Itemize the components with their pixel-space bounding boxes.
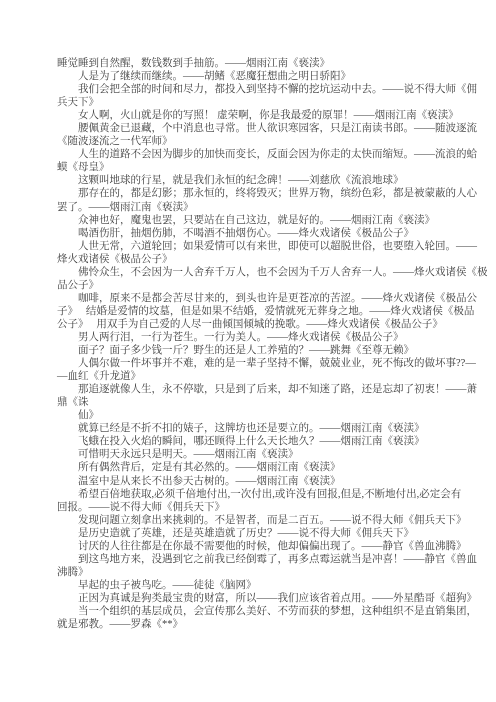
text-line: 喝酒伤肝，抽烟伤肺，不喝酒不抽烟伤心。——烽火戏诸侯《极品公子》 bbox=[57, 227, 443, 240]
text-line: 睡觉睡到自然醒，数钱数到手抽筋。——烟雨江南《亵渎》 bbox=[57, 57, 443, 70]
text-line: —血红《升龙道》 bbox=[57, 370, 443, 383]
text-line: 鼎《诛 bbox=[57, 396, 443, 409]
text-line: 人是为了继续而继续。——胡鳍《恶魔狂想曲之明日骄阳》 bbox=[57, 70, 443, 83]
text-line: 女人啊，火山就是你的写照！ 虚荣啊，你是我最爱的原罪！——烟雨江南《亵渎》 bbox=[57, 109, 443, 122]
text-line: 咖啡，原来不是都会苦尽甘来的，到头也许是更苍凉的苦涩。——烽火戏诸侯《极品公 bbox=[57, 292, 443, 305]
text-line: 所有偶然背后，定是有其必然的。——烟雨江南《亵渎》 bbox=[57, 461, 443, 474]
text-line: 仙》 bbox=[57, 409, 443, 422]
text-line: 发现问题立刻拿出来挑刺的。不是智者，而是二百五。——说不得大师《佣兵天下》 bbox=[57, 514, 443, 527]
text-line: 正因为真诚是狗类最宝贵的财富，所以——我们应该省着点用。——外星酷哥《超狗》 bbox=[57, 592, 443, 605]
text-line: 佛怜众生，不会因为一人舍弃千万人，也不会因为千万人舍弃一人。——烽火戏诸侯《极 bbox=[57, 266, 443, 279]
text-line: 人生的道路不会因为脚步的加快而变长，反面会因为你走的太快而缩短。——流浪的蛤 bbox=[57, 148, 443, 161]
text-line: 《随波逐流之一代军师》 bbox=[57, 135, 443, 148]
text-line: 沸腾》 bbox=[57, 566, 443, 579]
text-line: 那追逐就像人生，永不停歇，只是到了后来，却不知迷了路，还是忘却了初衷！——萧 bbox=[57, 383, 443, 396]
text-line: 面子？面子多少钱一斤？野生的还是人工养殖的？——跳舞《至尊无赖》 bbox=[57, 344, 443, 357]
text-line: 这颗叫地球的行星，就是我们永恒的纪念碑！——刘慈欣《流浪地球》 bbox=[57, 174, 443, 187]
text-line: 那存在的，都是幻影；那永恒的，终将毁灭；世界万物，缤纷色彩，都是被蒙蔽的人心 bbox=[57, 187, 443, 200]
text-line: 我们会把全部的时间和尽力，都投入到坚持不懈的挖坑运动中去。——说不得大师《佣 bbox=[57, 83, 443, 96]
document-page: 睡觉睡到自然醒，数钱数到手抽筋。——烟雨江南《亵渎》人是为了继续而继续。——胡鳍… bbox=[0, 0, 496, 702]
text-line: 子》 结婚是爱情的坟墓，但是如果不结婚，爱情就死无葬身之地。——烽火戏诸侯《极品 bbox=[57, 305, 443, 318]
text-line: 希望百倍地获取,必须千倍地付出,一次付出,或许没有回报,但是,不断地付出,必定会… bbox=[57, 488, 443, 501]
text-line: 就算已经是不折不扣的婊子，这牌坊也还是要立的。——烟雨江南《亵渎》 bbox=[57, 422, 443, 435]
text-line: 讨厌的人往往都是在你最不需要他的时候，他却偏偏出现了。——静官《兽血沸腾》 bbox=[57, 540, 443, 553]
text-line: 可惜明天永远只是明天。——烟雨江南《亵渎》 bbox=[57, 448, 443, 461]
text-line: 当一个组织的基层成员，会宣传那么美好、不劳而获的梦想，这种组织不是直销集团， bbox=[57, 605, 443, 618]
text-line: 到这鸟地方来，没遇到它之前我已经倒霉了，再多点霉运就当是冲喜！——静官《兽血 bbox=[57, 553, 443, 566]
text-line: 早起的虫子被鸟吃。——徒徒《脑网》 bbox=[57, 579, 443, 592]
text-line: 男人两行泪，一行为苍生。一行为美人。——烽火戏诸侯《极品公子》 bbox=[57, 331, 443, 344]
quotes-text-block: 睡觉睡到自然醒，数钱数到手抽筋。——烟雨江南《亵渎》人是为了继续而继续。——胡鳍… bbox=[57, 57, 443, 631]
text-line: 品公子》 bbox=[57, 279, 443, 292]
text-line: 人世无常，六道轮回；如果爱情可以有来世，即使可以超脱世俗，也要堕入轮回。—— bbox=[57, 240, 443, 253]
text-line: 公子》 用双手为自己爱的人尽一曲倾国倾城的挽歌。——烽火戏诸侯《极品公子》 bbox=[57, 318, 443, 331]
text-line: 是历史造就了英雄，还是英雄造就了历史？——说不得大师《佣兵天下》 bbox=[57, 527, 443, 540]
text-line: 众神也好，魔鬼也罢，只要站在自己这边，就是好的。——烟雨江南《亵渎》 bbox=[57, 214, 443, 227]
text-line: 就是邪教。——罗森《**》 bbox=[57, 618, 443, 631]
text-line: 兵天下》 bbox=[57, 96, 443, 109]
text-line: 蟆《母皇》 bbox=[57, 161, 443, 174]
text-line: 飞蛾在投入火焰的瞬间，哪还顾得上什么天长地久？——烟雨江南《亵渎》 bbox=[57, 435, 443, 448]
text-line: 温室中是从来长不出参天古树的。——烟雨江南《亵渎》 bbox=[57, 475, 443, 488]
text-line: 烽火戏诸侯《极品公子》 bbox=[57, 253, 443, 266]
text-line: 腰佩黄金已退藏，个中消息也寻常。世人欲识寒园客，只是江南读书郎。——随波逐流 bbox=[57, 122, 443, 135]
text-line: 人偶尔做一件坏事并不难，难的是一辈子坚持不懈，兢兢业业，死不悔改的做坏事??— bbox=[57, 357, 443, 370]
text-line: 罢了。——烟雨江南《亵渎》 bbox=[57, 201, 443, 214]
text-line: 回报。——说不得大师《佣兵天下》 bbox=[57, 501, 443, 514]
